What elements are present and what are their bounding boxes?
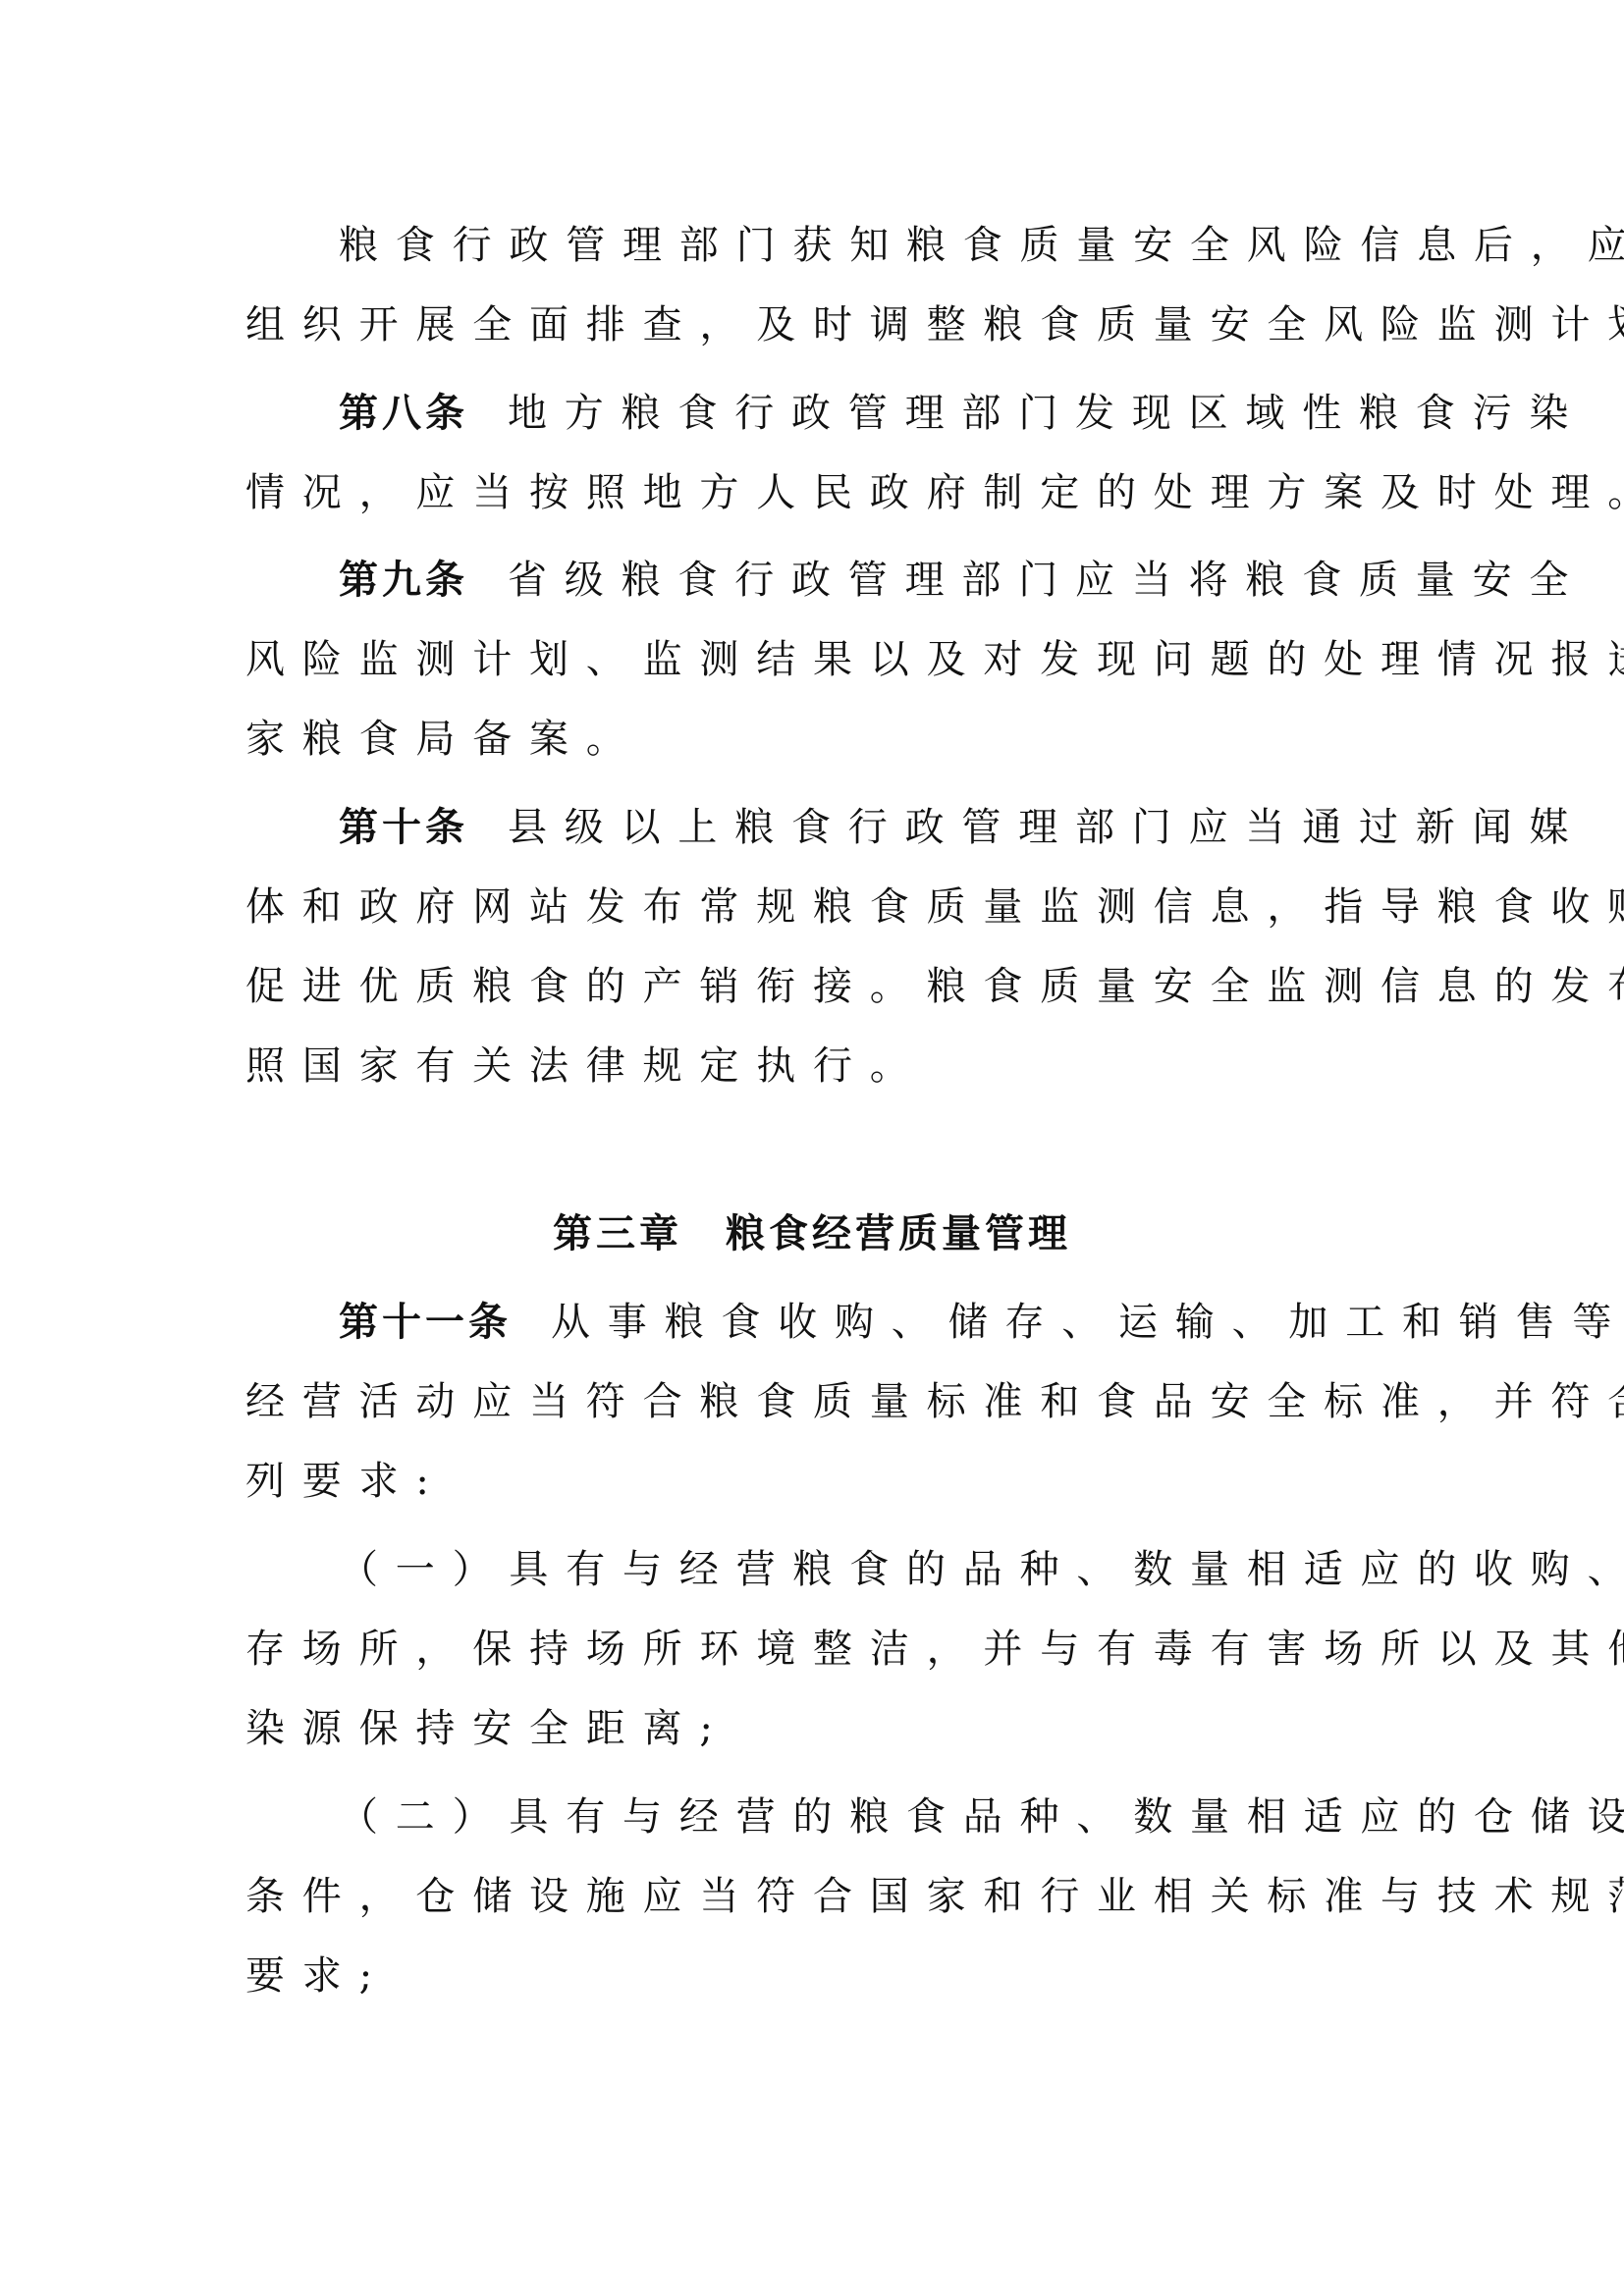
paragraph-line: 列要求: [245,1452,1384,1511]
paragraph-line: 存场所，保持场所环境整洁，并与有毒有害场所以及其他污 [245,1620,1384,1679]
chapter-heading: 第三章粮食经营质量管理 [0,1204,1624,1263]
paragraph-line: 体和政府网站发布常规粮食质量监测信息，指导粮食收购， [245,878,1384,936]
article-8-first-line: 第八条地方粮食行政管理部门发现区域性粮食污染 [339,384,1384,443]
article-9-first-line: 第九条省级粮食行政管理部门应当将粮食质量安全 [339,551,1384,610]
paragraph-line: 组织开展全面排查，及时调整粮食质量安全风险监测计划。 [245,295,1384,354]
list-item-1-first-line: （一）具有与经营粮食的品种、数量相适应的收购、储 [339,1540,1384,1599]
document-page: 粮食行政管理部门获知粮食质量安全风险信息后，应当 组织开展全面排查，及时调整粮食… [0,0,1624,2296]
article-11-first-line: 第十一条从事粮食收购、储存、运输、加工和销售等 [339,1293,1384,1352]
paragraph-line: 家粮食局备案。 [245,710,1384,769]
paragraph-line: 促进优质粮食的产销衔接。粮食质量安全监测信息的发布按 [245,957,1384,1016]
paragraph-line: 染源保持安全距离; [245,1699,1384,1758]
paragraph-line: 照国家有关法律规定执行。 [245,1037,1384,1095]
paragraph-line: 经营活动应当符合粮食质量标准和食品安全标准，并符合下 [245,1372,1384,1431]
article-10-text: 县级以上粮食行政管理部门应当通过新闻媒 [508,805,1586,850]
chapter-title: 粮食经营质量管理 [726,1211,1071,1256]
paragraph-line: 要求; [245,1947,1384,2005]
article-8-heading: 第八条 [339,391,468,436]
paragraph-line: 情况，应当按照地方人民政府制定的处理方案及时处理。 [245,463,1384,522]
article-11-heading: 第十一条 [339,1300,512,1345]
article-11-text: 从事粮食收购、储存、运输、加工和销售等 [551,1300,1624,1345]
chapter-number: 第三章 [553,1211,682,1256]
list-item-2-first-line: （二）具有与经营的粮食品种、数量相适应的仓储设施 [339,1788,1384,1846]
paragraph-line: 风险监测计划、监测结果以及对发现问题的处理情况报送国 [245,630,1384,689]
article-9-heading: 第九条 [339,558,468,603]
paragraph-line: 条件，仓储设施应当符合国家和行业相关标准与技术规范的 [245,1867,1384,1926]
article-10-first-line: 第十条县级以上粮食行政管理部门应当通过新闻媒 [339,798,1384,857]
article-10-heading: 第十条 [339,805,468,850]
article-8-text: 地方粮食行政管理部门发现区域性粮食污染 [508,391,1586,436]
paragraph-line: 粮食行政管理部门获知粮食质量安全风险信息后，应当 [339,216,1384,275]
article-9-text: 省级粮食行政管理部门应当将粮食质量安全 [508,558,1586,603]
